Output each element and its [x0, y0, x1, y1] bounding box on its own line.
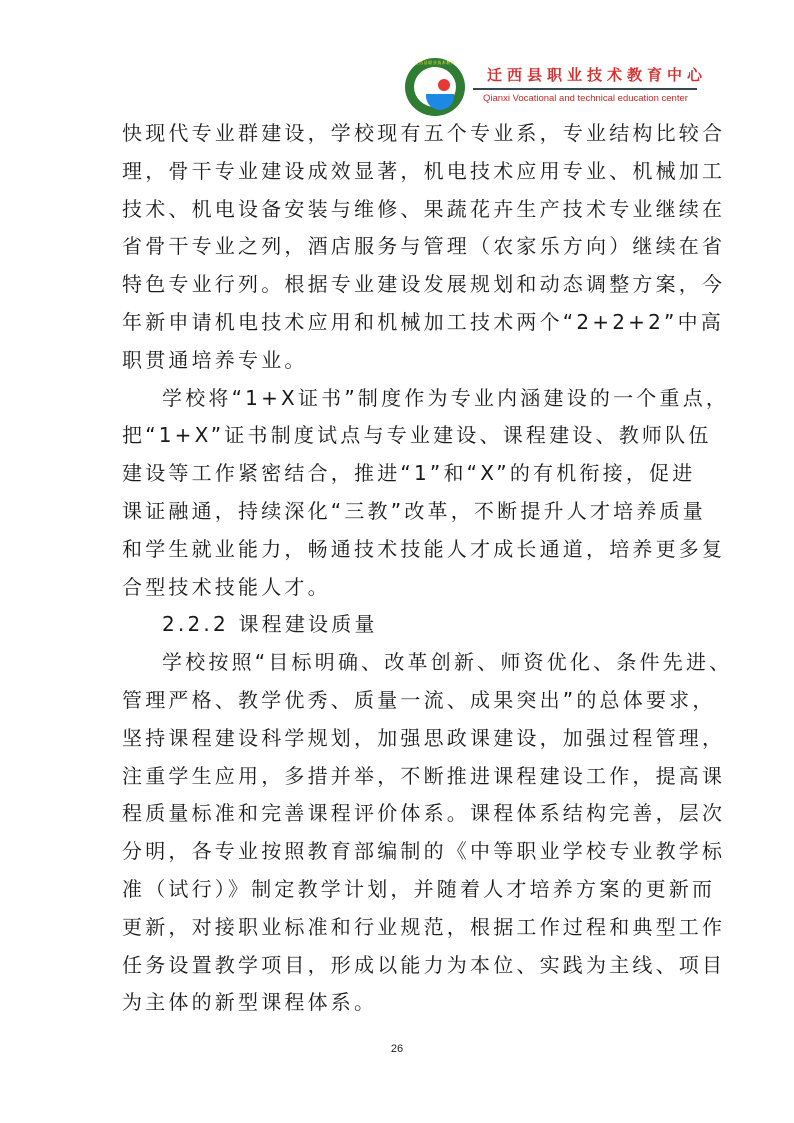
emblem-center: [414, 67, 456, 107]
paragraph-line: 更新，对接职业标准和行业规范，根据工作过程和典型工作: [122, 909, 682, 947]
emblem-blue-wave-icon: [426, 94, 454, 110]
paragraph-line: 快现代专业群建设，学校现有五个专业系，专业结构比较合: [122, 115, 682, 153]
paragraph-line: 为主体的新型课程体系。: [122, 984, 682, 1022]
paragraph-line: 合型技术技能人才。: [122, 569, 682, 607]
paragraph-line: 程质量标准和完善课程评价体系。课程体系结构完善，层次: [122, 795, 682, 833]
emblem-red-dot-icon: [438, 79, 450, 91]
paragraph-line: 年新申请机电技术应用和机械加工技术两个“2+2+2”中高: [122, 304, 682, 342]
paragraph-line: 课证融通，持续深化“三教”改革，不断提升人才培养质量: [122, 493, 682, 531]
paragraph-line: 任务设置教学项目，形成以能力为本位、实践为主线、项目: [122, 947, 682, 985]
paragraph-line: 分明，各专业按照教育部编制的《中等职业学校专业教学标: [122, 833, 682, 871]
header-divider: [473, 88, 697, 90]
page-header: 迁西县职业技术教育中心 迁西县职业技术教育中心 Qianxi Vocationa…: [405, 58, 700, 118]
institution-name-en: Qianxi Vocational and technical educatio…: [483, 93, 688, 104]
paragraph-line: 理，骨干专业建设成效显著，机电技术应用专业、机械加工: [122, 153, 682, 191]
section-heading: 2.2.2 课程建设质量: [122, 606, 682, 644]
paragraph-line: 和学生就业能力，畅通技术技能人才成长通道，培养更多复: [122, 531, 682, 569]
paragraph-line: 准（试行）》制定教学计划，并随着人才培养方案的更新而: [122, 871, 682, 909]
document-body: 快现代专业群建设，学校现有五个专业系，专业结构比较合 理，骨干专业建设成效显著，…: [122, 115, 682, 1022]
school-emblem-icon: 迁西县职业技术教育中心: [405, 58, 465, 116]
paragraph-line: 职贯通培养专业。: [122, 342, 682, 380]
paragraph-line: 注重学生应用，多措并举，不断推进课程建设工作，提高课: [122, 758, 682, 796]
paragraph-line: 坚持课程建设科学规划，加强思政课建设，加强过程管理，: [122, 720, 682, 758]
paragraph-line: 把“1+X”证书制度试点与专业建设、课程建设、教师队伍: [122, 417, 682, 455]
paragraph-line: 学校按照“目标明确、改革创新、师资优化、条件先进、: [122, 644, 682, 682]
paragraph-line: 学校将“1+X证书”制度作为专业内涵建设的一个重点，: [122, 380, 682, 418]
paragraph-line: 特色专业行列。根据专业建设发展规划和动态调整方案，今: [122, 266, 682, 304]
paragraph-line: 省骨干专业之列，酒店服务与管理（农家乐方向）继续在省: [122, 228, 682, 266]
paragraph-line: 建设等工作紧密结合，推进“1”和“X”的有机衔接，促进: [122, 455, 682, 493]
institution-name-cn: 迁西县职业技术教育中心: [487, 64, 707, 85]
paragraph-line: 管理严格、教学优秀、质量一流、成果突出”的总体要求，: [122, 682, 682, 720]
page-number: 26: [0, 1043, 794, 1055]
paragraph-line: 技术、机电设备安装与维修、果蔬花卉生产技术专业继续在: [122, 191, 682, 229]
